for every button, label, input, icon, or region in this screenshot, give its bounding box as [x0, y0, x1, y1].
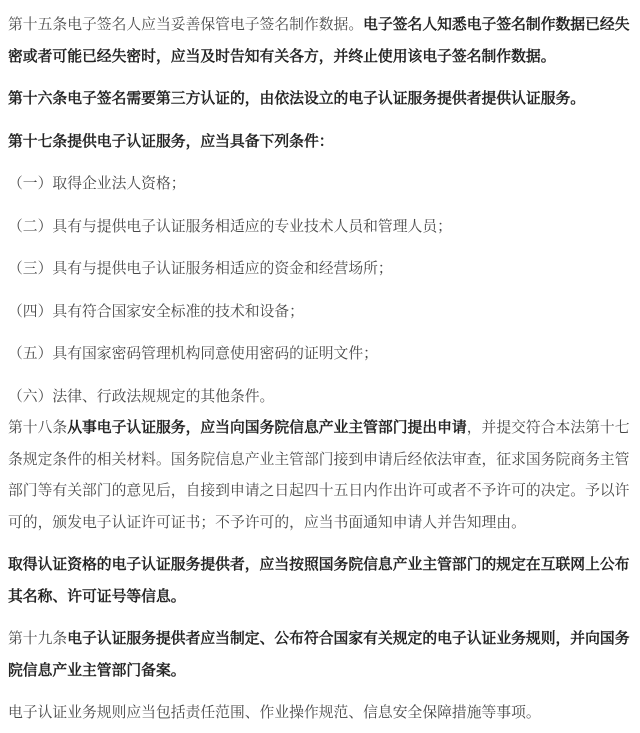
text-segment: （二）具有与提供电子认证服务相适应的专业技术人员和管理人员；: [8, 218, 452, 235]
text-segment-emphasis: 取得认证资格的电子认证服务提供者，应当按照国务院信息产业主管部门的规定在互联网上…: [8, 556, 629, 605]
paragraph-article-15: 第十五条电子签名人应当妥善保管电子签名制作数据。电子签名人知悉电子签名制作数据已…: [8, 9, 633, 72]
list-item-4: （四）具有符合国家安全标准的技术和设备；: [8, 296, 633, 328]
text-segment: （一）取得企业法人资格；: [8, 175, 186, 192]
text-segment: 电子认证业务规则应当包括责任范围、作业操作规范、信息安全保障措施等事项。: [8, 704, 541, 721]
paragraph-article-19-2: 电子认证业务规则应当包括责任范围、作业操作规范、信息安全保障措施等事项。: [8, 697, 633, 729]
paragraph-article-16: 第十六条电子签名需要第三方认证的，由依法设立的电子认证服务提供者提供认证服务。: [8, 83, 633, 115]
text-segment-emphasis: 电子认证服务提供者应当制定、公布符合国家有关规定的电子认证业务规则，并向国务院信…: [8, 630, 630, 679]
list-item-6: （六）法律、行政法规规定的其他条件。: [8, 381, 633, 413]
text-segment: （五）具有国家密码管理机构同意使用密码的证明文件；: [8, 345, 378, 362]
list-item-2: （二）具有与提供电子认证服务相适应的专业技术人员和管理人员；: [8, 211, 633, 243]
text-segment: （三）具有与提供电子认证服务相适应的资金和经营场所；: [8, 260, 393, 277]
text-segment: （四）具有符合国家安全标准的技术和设备；: [8, 303, 304, 320]
paragraph-article-18: 第十八条从事电子认证服务，应当向国务院信息产业主管部门提出申请，并提交符合本法第…: [8, 412, 633, 538]
text-segment-emphasis: 第十七条提供电子认证服务，应当具备下列条件：: [8, 133, 334, 150]
text-segment: 第十九条: [8, 630, 67, 647]
list-item-5: （五）具有国家密码管理机构同意使用密码的证明文件；: [8, 338, 633, 370]
text-segment-emphasis: 第十六条电子签名需要第三方认证的，由依法设立的电子认证服务提供者提供认证服务。: [8, 90, 585, 107]
paragraph-article-17: 第十七条提供电子认证服务，应当具备下列条件：: [8, 126, 633, 158]
text-segment: 第十八条: [8, 419, 67, 436]
list-item-1: （一）取得企业法人资格；: [8, 168, 633, 200]
text-segment: 第十五条电子签名人应当妥善保管电子签名制作数据。: [8, 16, 363, 33]
paragraph-article-19: 第十九条电子认证服务提供者应当制定、公布符合国家有关规定的电子认证业务规则，并向…: [8, 623, 633, 686]
text-segment: （六）法律、行政法规规定的其他条件。: [8, 388, 274, 405]
law-article-body: 第十五条电子签名人应当妥善保管电子签名制作数据。电子签名人知悉电子签名制作数据已…: [0, 0, 640, 733]
paragraph-article-18-2: 取得认证资格的电子认证服务提供者，应当按照国务院信息产业主管部门的规定在互联网上…: [8, 549, 633, 612]
text-segment-emphasis: 从事电子认证服务，应当向国务院信息产业主管部门提出申请: [67, 419, 467, 436]
list-item-3: （三）具有与提供电子认证服务相适应的资金和经营场所；: [8, 253, 633, 285]
